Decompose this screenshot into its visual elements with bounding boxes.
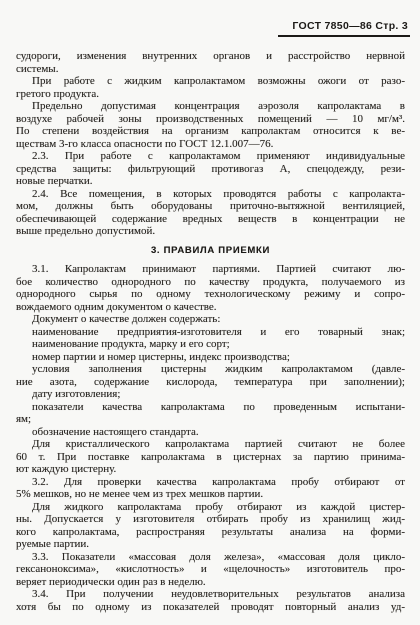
text-line: бое количество однородного по качеству п…	[16, 276, 405, 289]
text-line: средства защиты: фильтрующий противогаз …	[16, 163, 405, 176]
text-line: показатели качества капролактама по пров…	[16, 401, 405, 414]
text-line: руемые партии.	[16, 538, 405, 551]
scanned-page: ГОСТ 7850—86 Стр. 3 судороги, изменения …	[0, 0, 420, 625]
text-line: мом, должны быть оборудованы приточно-вы…	[16, 200, 405, 213]
text-line: 3.3. Показатели «массовая доля железа», …	[16, 551, 405, 564]
text-line: 2.3. При работе с капролактамом применяю…	[16, 150, 405, 163]
text-line: 3.1. Капролактам принимают партиями. Пар…	[16, 263, 405, 276]
text-line: гексаноноксима», «кислотность» и «щелочн…	[16, 563, 405, 576]
text-line: Для жидкого капролактама пробу отбирают …	[16, 501, 405, 514]
text-line: новые перчатки.	[16, 175, 405, 188]
page-header: ГОСТ 7850—86 Стр. 3	[278, 20, 410, 37]
text-line: наименование предприятия-изготовителя и …	[16, 326, 405, 339]
text-line: веряет периодически один раз в неделю.	[16, 576, 405, 589]
text-line: дату изготовления;	[16, 388, 405, 401]
text-line: ние азота, содержание кислорода, темпера…	[16, 376, 405, 389]
text-line: однородного сырья по одному технологичес…	[16, 288, 405, 301]
text-line: судороги, изменения внутренних органов и…	[16, 50, 405, 63]
text-line: обозначение настоящего стандарта.	[16, 426, 405, 439]
text-line: По степени воздействия на организм капро…	[16, 125, 405, 138]
text-line: гретого продукта.	[16, 88, 405, 101]
text-line: хотя бы по одному из показателей проводя…	[16, 601, 405, 614]
text-line: ществам 3-го класса опасности по ГОСТ 12…	[16, 138, 405, 151]
text-line: 5% мешков, но не менее чем из трех мешко…	[16, 488, 405, 501]
text-line: номер партии и номер цистерны, индекс пр…	[16, 351, 405, 364]
text-line: Документ о качестве должен содержать:	[16, 313, 405, 326]
text-line: Предельно допустимая концентрация аэрозо…	[16, 100, 405, 113]
text-line: При работе с жидким капролактамом возмож…	[16, 75, 405, 88]
text-line: 2.4. Все помещения, в которых проводятся…	[16, 188, 405, 201]
document-text: судороги, изменения внутренних органов и…	[16, 50, 405, 613]
text-line: системы.	[16, 63, 405, 76]
page-header-label: ГОСТ 7850—86 Стр. 3	[292, 20, 408, 32]
text-line: 3.2. Для проверки качества капролактама …	[16, 476, 405, 489]
text-line: ют каждую цистерну.	[16, 463, 405, 476]
text-line: кого капролактама, распространяя результ…	[16, 526, 405, 539]
text-line: 60 т. При поставке капролактама в цистер…	[16, 451, 405, 464]
text-line: ны. Допускается у изготовителя отбирать …	[16, 513, 405, 526]
text-line: воздухе рабочей зоны производственных по…	[16, 113, 405, 126]
text-line: выше предельно допустимой.	[16, 225, 405, 238]
text-line: 3.4. При получении неудовлетворительных …	[16, 588, 405, 601]
text-line: наименование продукта, марку и его сорт;	[16, 338, 405, 351]
text-line: условия заполнения цистерны жидким капро…	[16, 363, 405, 376]
text-line: ям;	[16, 413, 405, 426]
section-heading: 3. ПРАВИЛА ПРИЕМКИ	[16, 245, 405, 258]
text-line: вождаемого одним документом о качестве.	[16, 301, 405, 314]
text-line: обеспечивающей содержание вредных вещест…	[16, 213, 405, 226]
text-line: Для кристаллического капролактама партие…	[16, 438, 405, 451]
